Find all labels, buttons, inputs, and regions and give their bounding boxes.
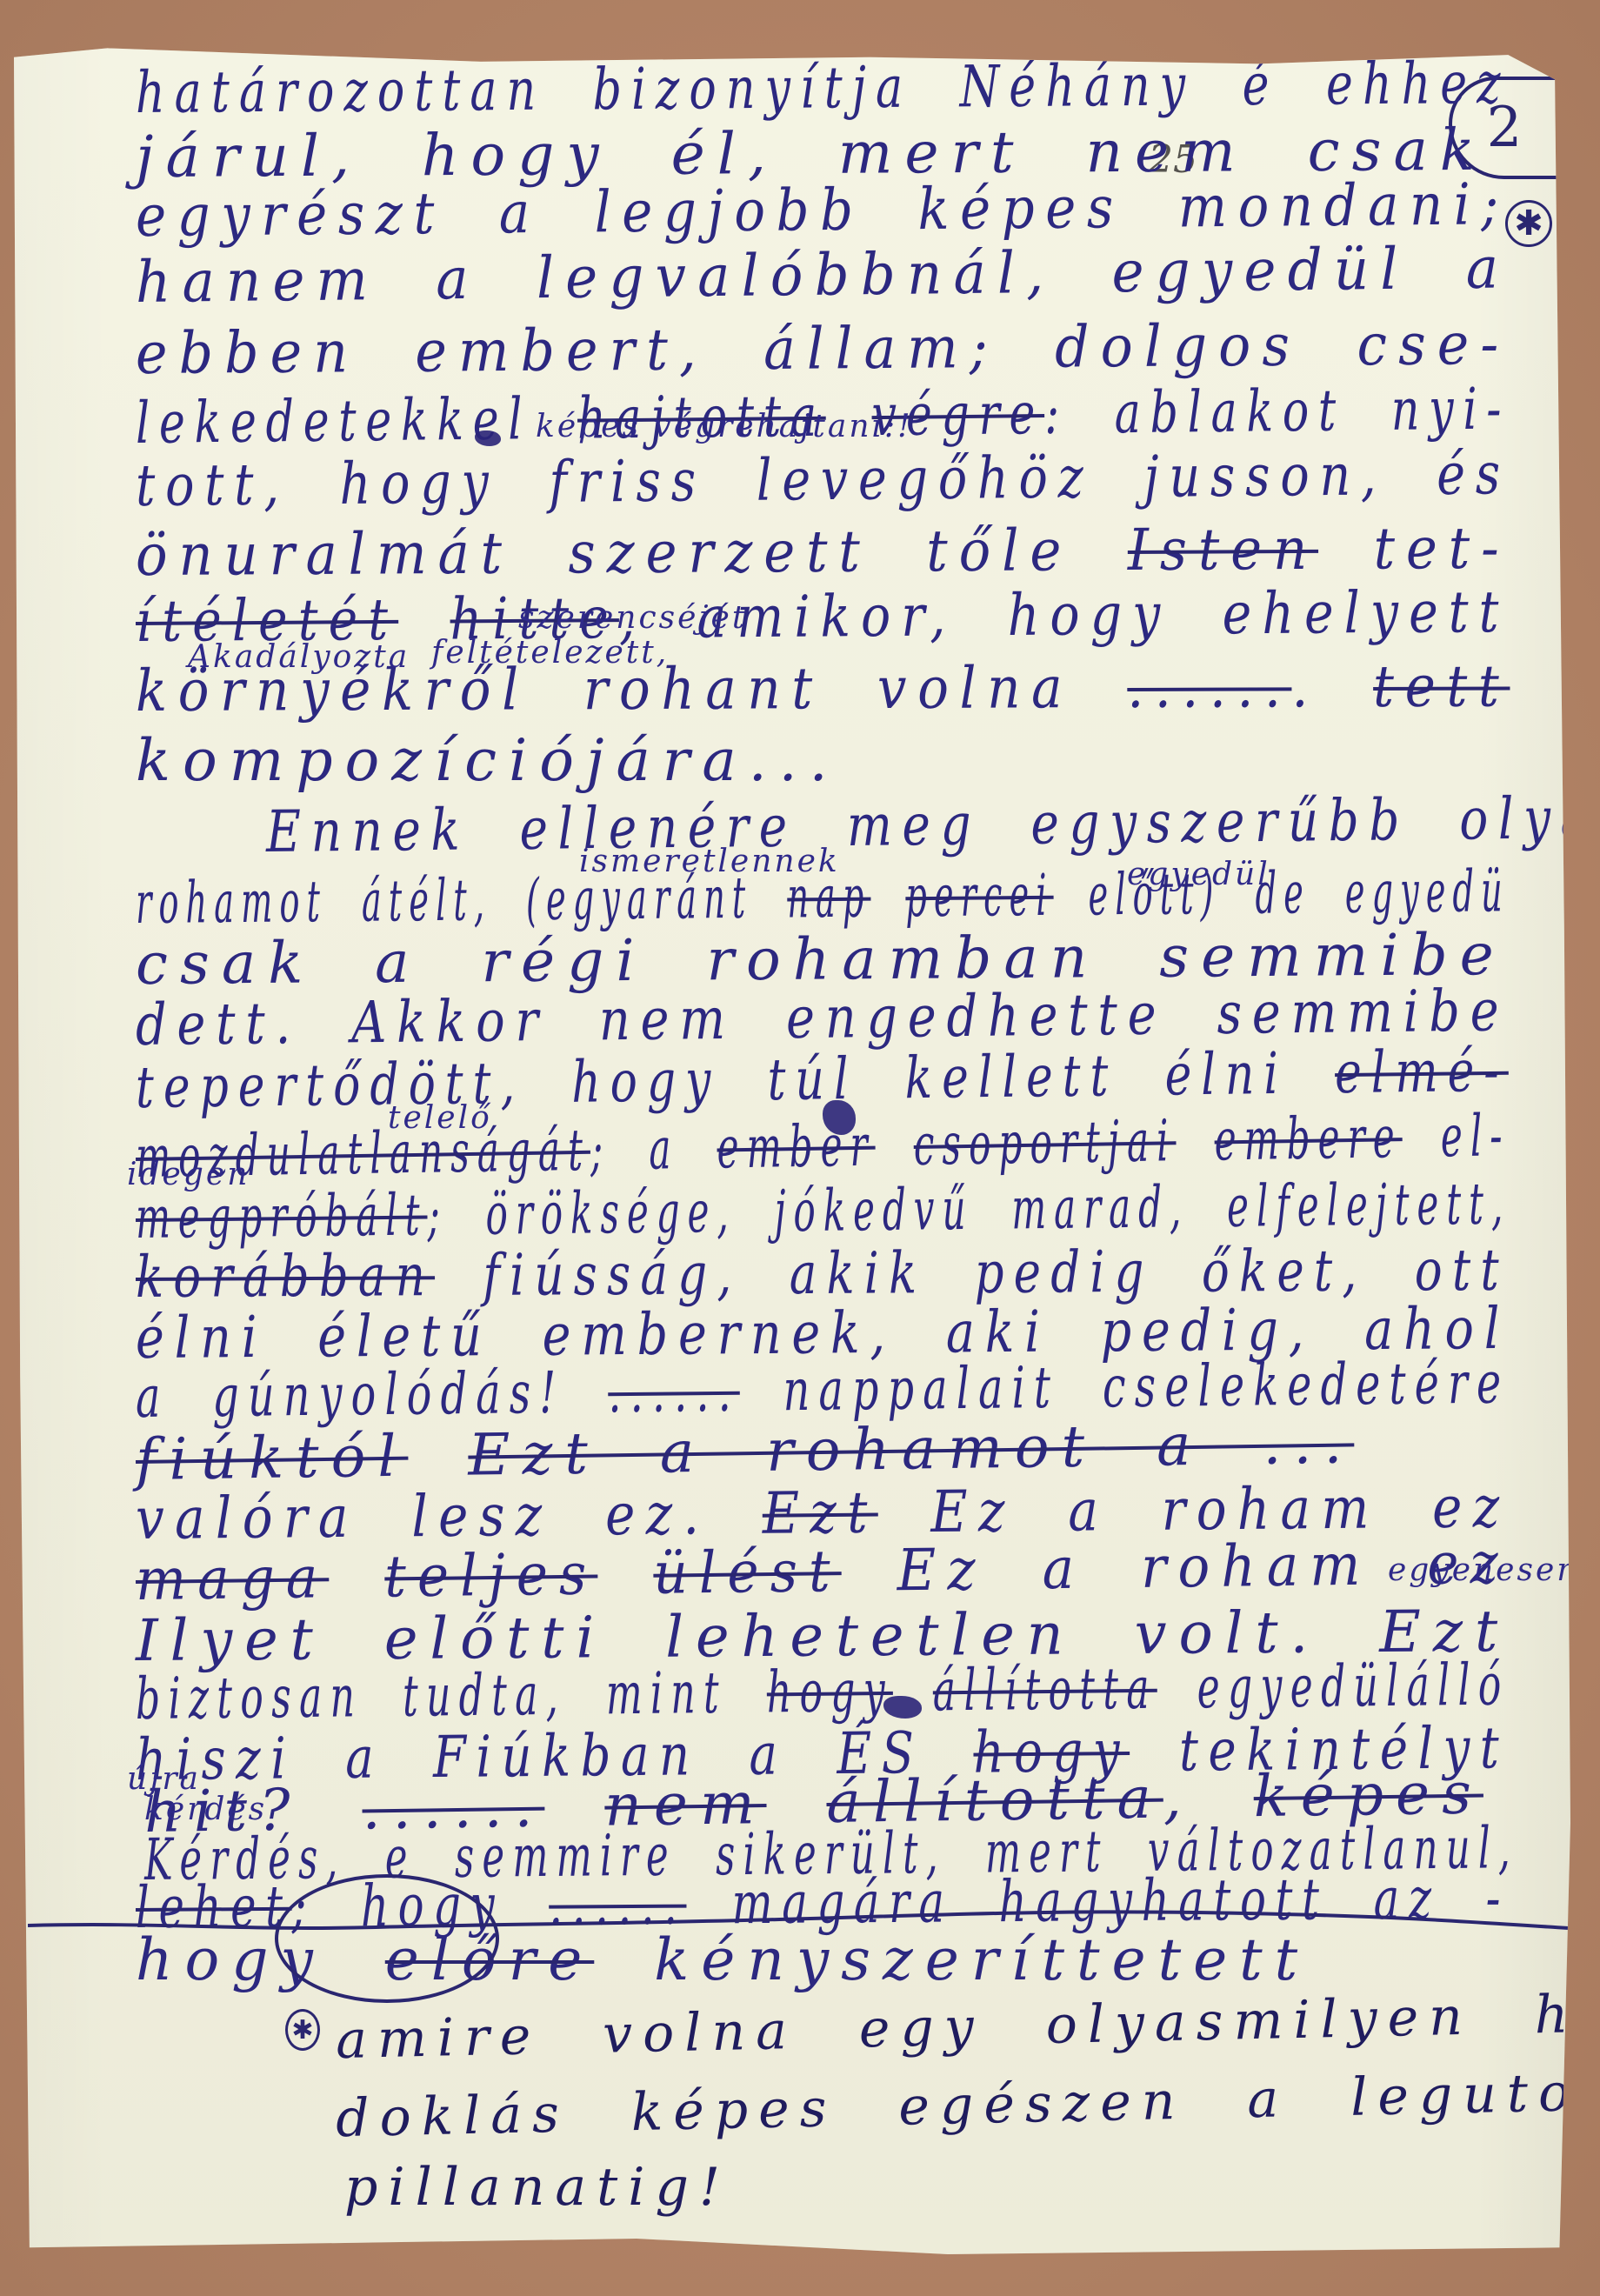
struck-text: ...... xyxy=(1127,653,1291,721)
divider-line xyxy=(28,1905,1584,1939)
line-text: lekedetekkel xyxy=(136,385,578,457)
line-text: . xyxy=(1291,653,1373,720)
struck-text: percei xyxy=(905,862,1054,930)
manuscript-line: önuralmát szerzett tőle Isten tet- xyxy=(136,515,1510,589)
struck-text: csoportjai xyxy=(913,1107,1177,1178)
insertion: egyenesen xyxy=(1388,1552,1579,1588)
line-text xyxy=(1176,1107,1215,1175)
footnote-line: pillanatig! xyxy=(344,2157,730,2218)
line-text: tet- xyxy=(1318,515,1510,583)
line-text xyxy=(875,1111,914,1179)
footnote-marker-icon: ✱ xyxy=(285,2009,320,2051)
insertion: kérdés xyxy=(144,1792,267,1827)
insertion: Akadályozta xyxy=(188,639,410,675)
line-text: el- xyxy=(1402,1102,1510,1171)
insertion: szerencséjét xyxy=(518,600,747,636)
struck-text: hogy xyxy=(766,1658,893,1726)
line-text xyxy=(597,1540,654,1608)
struck-text: maga xyxy=(136,1544,330,1613)
manuscript-line: kompozíciójára... xyxy=(136,727,840,794)
manuscript-line: hanem a legvalóbbnál, egyedül a xyxy=(136,234,1510,316)
struck-text: állította xyxy=(932,1655,1157,1725)
insertion: képes végrehajtani:! xyxy=(536,409,913,444)
line-text: ebben embert, állam; dolgos cse- xyxy=(136,310,1510,387)
insertion: ismeretlennek xyxy=(579,844,840,879)
line-text xyxy=(408,1422,469,1490)
insertion: telelő xyxy=(388,1100,492,1136)
footnote-line: amire volna egy olyasmilyen hal- xyxy=(335,1982,1600,2071)
struck-text: embere xyxy=(1214,1104,1403,1173)
manuscript-line: Ennek ellenére meg egyszerűbb olyan xyxy=(266,784,1600,865)
line-text: kompozíciójára... xyxy=(136,727,840,794)
struck-text: ülést xyxy=(653,1538,842,1607)
line-text: önuralmát szerzett tőle xyxy=(136,517,1128,589)
manuscript-sheet: 25 2 ✱ határozottan bizonyítja Néhány é … xyxy=(14,35,1570,2270)
line-text: ; a xyxy=(590,1115,717,1184)
manuscript-line: tott, hogy friss levegőhöz jusson, és xyxy=(136,440,1511,519)
footnote-line: doklás képes egészen a legutolsó xyxy=(335,2060,1600,2150)
manuscript-line: ebben embert, állam; dolgos cse- xyxy=(136,310,1510,387)
struck-text: ...... xyxy=(608,1358,740,1426)
line-text: határozottan bizonyítja Néhány é ehhez xyxy=(136,50,1510,126)
insertion: egyedül xyxy=(1127,857,1270,892)
line-text xyxy=(329,1544,385,1612)
line-text: tott, hogy friss levegőhöz jusson, és xyxy=(136,440,1511,519)
manuscript-line: határozottan bizonyítja Néhány é ehhez xyxy=(136,50,1510,126)
line-text: egyedülálló xyxy=(1157,1651,1510,1721)
line-text: hanem a legvalóbbnál, egyedül a xyxy=(136,234,1510,316)
insertion: feltételezett, xyxy=(431,635,669,671)
line-text: előtt) de egyedü xyxy=(1053,858,1510,929)
line-text: : ablakot nyi- xyxy=(1044,375,1511,447)
line-text: , amikor, hogy ehelyett xyxy=(619,578,1510,651)
struck-text: tett xyxy=(1373,652,1510,720)
line-text xyxy=(870,863,906,930)
struck-text: elmé- xyxy=(1335,1038,1510,1106)
struck-text: teljes xyxy=(384,1541,598,1611)
struck-text: korábban xyxy=(136,1242,435,1311)
insertion: idegen xyxy=(127,1157,250,1192)
line-text: Ennek ellenére meg egyszerűbb olyan xyxy=(266,784,1600,865)
struck-text: Isten xyxy=(1128,516,1319,584)
asterisk-reference-icon: ✱ xyxy=(1505,200,1552,247)
